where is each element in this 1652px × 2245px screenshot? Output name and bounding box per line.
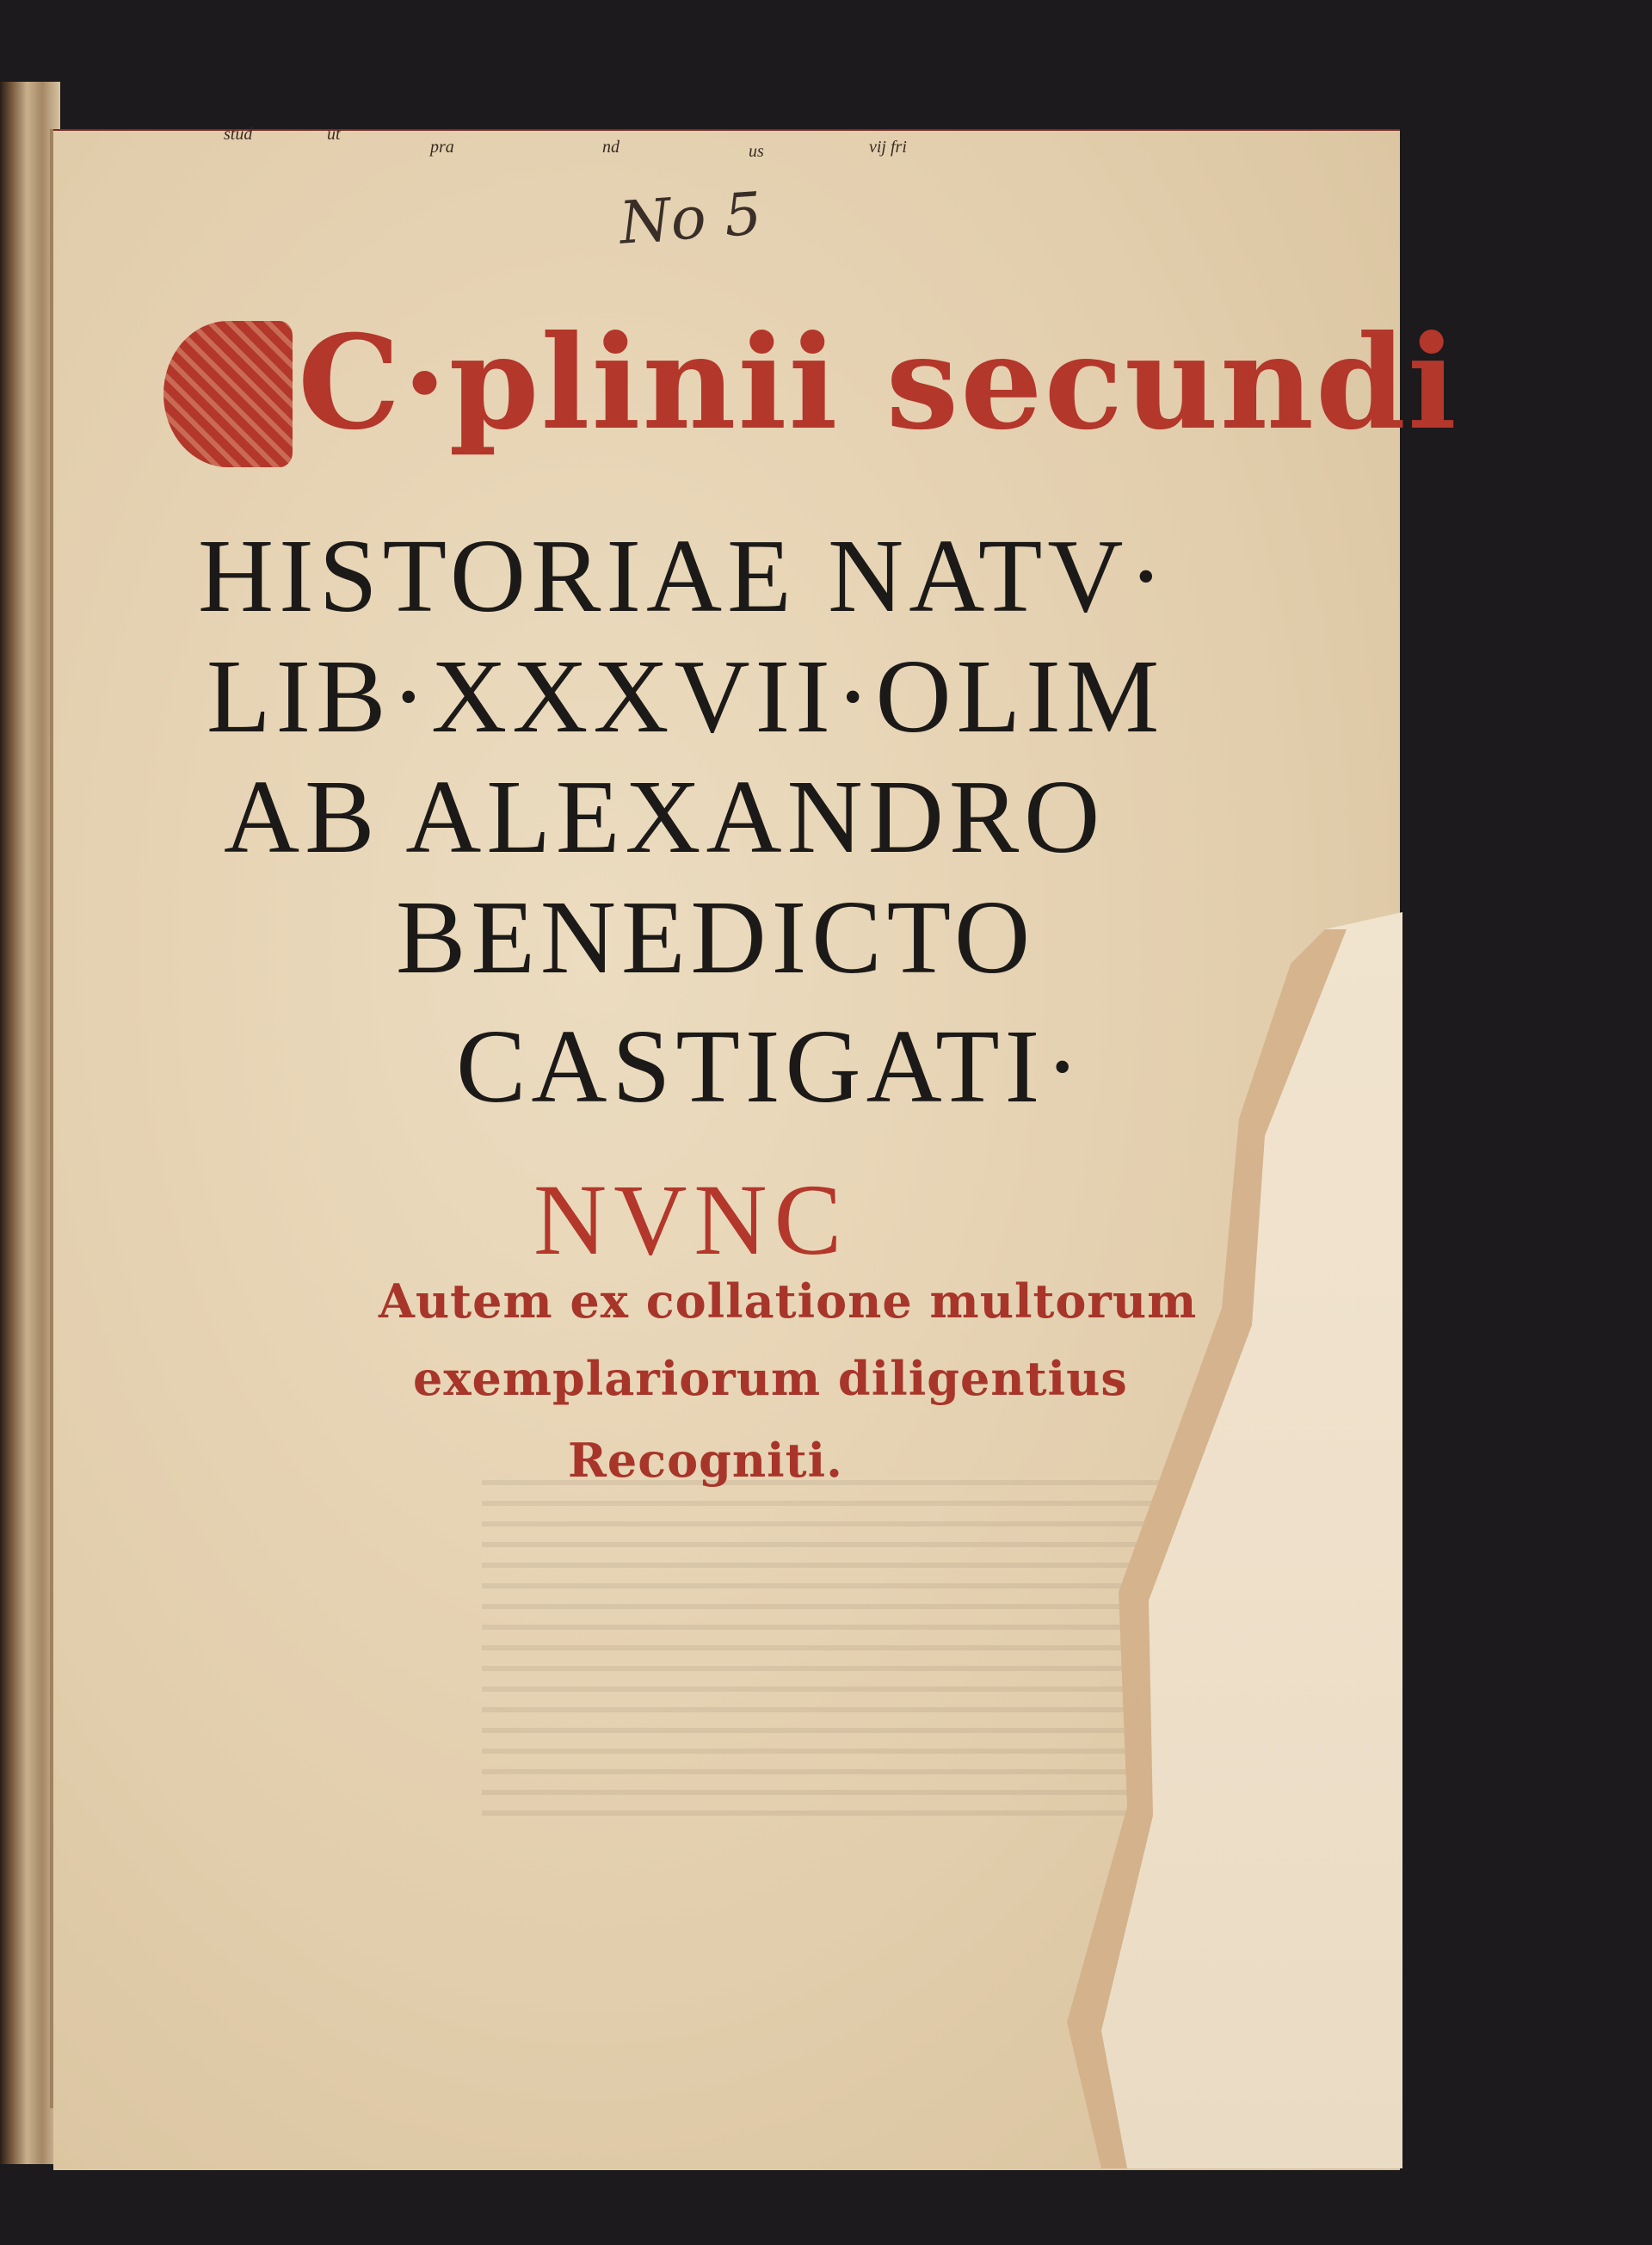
margin-annotation: pra [430,138,454,157]
margin-annotation: us [749,142,764,162]
title-line-1: HISTORIAE NATV· [198,516,1168,637]
show-through-text [482,1480,1170,1824]
handwritten-shelfmark: No 5 [617,180,763,257]
margin-annotation: vij fri [869,138,907,157]
title-line-2: LIB·XXXVII·OLIM [206,637,1164,757]
red-caps-line: NVNC [533,1162,848,1279]
title-line-5: CASTIGATI· [456,1007,1085,1127]
margin-annotation: stud [224,125,252,145]
title-line-4: BENEDICTO [396,878,1035,998]
margin-annotation: ut [327,125,341,145]
decorated-initial-icon [163,321,293,467]
red-heading: C·plinii secundi [163,305,1368,467]
gothic-line-1: Autem ex collatione multorum [379,1274,1197,1329]
gothic-line-3: Recogniti. [568,1433,843,1488]
author-name: C·plinii secundi [298,307,1458,459]
title-line-3: AB ALEXANDRO [224,757,1105,878]
margin-annotation: nd [602,138,619,157]
gothic-line-2: exemplariorum diligentius [413,1351,1128,1406]
